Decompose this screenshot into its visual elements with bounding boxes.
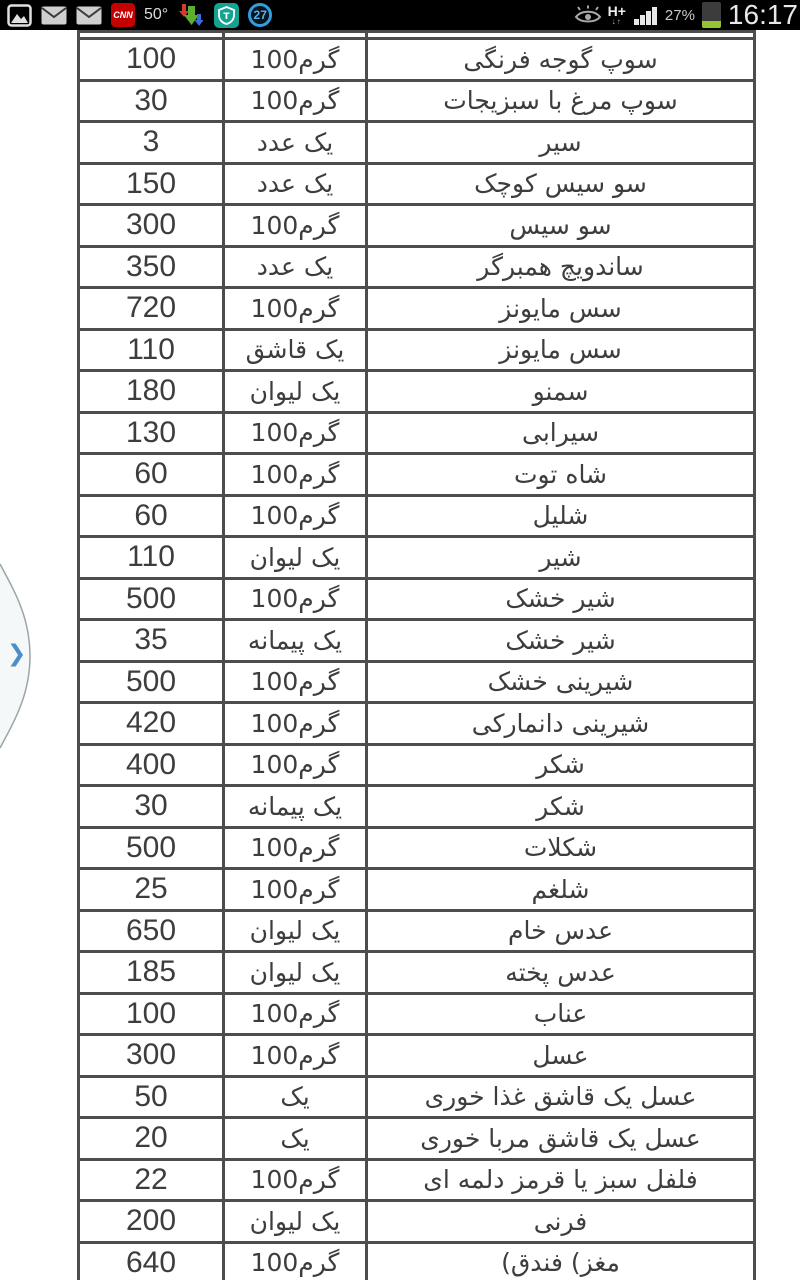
side-drawer-handle[interactable]: ❯ [0,560,36,752]
food-name: شیرینی دانمارکی [367,703,755,745]
clock-text: 16:17 [726,0,798,31]
food-name: شیرینی خشک [367,661,755,703]
table-row: 200 یک لیوان فرنی [79,1201,755,1243]
network-activity-arrows-icon: ↓↑ [612,18,622,26]
table-row: 130 گرم100 سیرابی [79,412,755,454]
unit-value: یک عدد [224,122,367,164]
food-name: سو سیس [367,205,755,247]
food-name: عدس خام [367,910,755,952]
calorie-value: 200 [79,1201,224,1243]
calorie-value: 300 [79,1035,224,1077]
calorie-value: 400 [79,744,224,786]
unit-value: یک [224,1118,367,1160]
calorie-value: 300 [79,205,224,247]
table-row: 3 یک عدد سیر [79,122,755,164]
food-name: سیر [367,122,755,164]
food-name [367,32,755,39]
status-bar[interactable]: CNN 50° T 27 H+ ↓↑ [0,0,800,30]
cnn-icon: CNN [111,3,135,27]
table-row: 640 گرم100 مغز) فندق) [79,1242,755,1280]
unit-value: گرم100 [224,454,367,496]
unit-value: گرم100 [224,205,367,247]
food-name: فلفل سبز یا قرمز دلمه ای [367,1159,755,1201]
table-row: 650 یک لیوان عدس خام [79,910,755,952]
food-name: سیرابی [367,412,755,454]
food-name: سوپ مرغ با سبزیجات [367,80,755,122]
unit-value: گرم100 [224,869,367,911]
table-row: 150 یک عدد سو سیس کوچک [79,163,755,205]
unit-value: یک لیوان [224,371,367,413]
calorie-value: 185 [79,952,224,994]
calorie-value [79,32,224,39]
security-shield-icon: T [214,3,239,28]
table-row: 110 یک لیوان شیر [79,537,755,579]
unit-value: یک لیوان [224,952,367,994]
table-row: 300 گرم100 عسل [79,1035,755,1077]
calorie-value: 110 [79,329,224,371]
calorie-value: 130 [79,412,224,454]
unit-value: یک پیمانه [224,786,367,828]
status-bar-system: H+ ↓↑ 27% 16:17 [573,0,800,30]
table-row: 60 گرم100 شلیل [79,495,755,537]
calorie-value: 500 [79,827,224,869]
unit-value: یک عدد [224,163,367,205]
unit-value: یک لیوان [224,910,367,952]
table-row: 22 گرم100 فلفل سبز یا قرمز دلمه ای [79,1159,755,1201]
unit-value: گرم100 [224,578,367,620]
table-row: 180 یک لیوان سمنو [79,371,755,413]
table-row: 30 یک پیمانه شکر [79,786,755,828]
status-bar-notifications: CNN 50° T 27 [0,0,272,30]
download-arrows-icon [177,2,205,28]
table-row: 30 گرم100 سوپ مرغ با سبزیجات [79,80,755,122]
food-name: سس مایونز [367,329,755,371]
notification-count-icon: 27 [248,3,272,27]
food-name: عسل یک قاشق غذا خوری [367,1076,755,1118]
unit-value: یک لیوان [224,537,367,579]
food-name: شیر [367,537,755,579]
unit-value: گرم100 [224,703,367,745]
battery-percent-text: 27% [665,7,695,24]
calorie-value: 720 [79,288,224,330]
food-name: سو سیس کوچک [367,163,755,205]
unit-value: گرم100 [224,1159,367,1201]
calorie-value: 150 [79,163,224,205]
unit-value [224,32,367,39]
table-row: 20 یک عسل یک قاشق مربا خوری [79,1118,755,1160]
calorie-table-body: 100 گرم100 سوپ گوجه فرنگی 30 گرم100 سوپ … [79,32,755,1280]
food-name: سس مایونز [367,288,755,330]
calorie-value: 650 [79,910,224,952]
table-row: 420 گرم100 شیرینی دانمارکی [79,703,755,745]
email-icon [41,6,67,25]
calorie-value: 640 [79,1242,224,1280]
calorie-value: 100 [79,39,224,81]
calorie-value: 22 [79,1159,224,1201]
unit-value: گرم100 [224,412,367,454]
unit-value: گرم100 [224,1035,367,1077]
calorie-value: 30 [79,80,224,122]
food-name: شیر خشک [367,578,755,620]
calorie-value: 3 [79,122,224,164]
food-name: سمنو [367,371,755,413]
food-name: عناب [367,993,755,1035]
shield-letter: T [224,12,231,22]
calorie-value: 500 [79,661,224,703]
temperature-text: 50° [144,6,168,24]
unit-value: گرم100 [224,288,367,330]
chevron-right-icon: ❯ [7,641,26,667]
calorie-value: 25 [79,869,224,911]
table-row: 350 یک عدد ساندویچ همبرگر [79,246,755,288]
network-type-text: H+ [608,4,626,18]
calorie-value: 60 [79,454,224,496]
table-row: 400 گرم100 شکر [79,744,755,786]
food-name: مغز) فندق) [367,1242,755,1280]
calorie-value: 350 [79,246,224,288]
table-row: 500 گرم100 شیر خشک [79,578,755,620]
unit-value: گرم100 [224,661,367,703]
table-row: 60 گرم100 شاه توت [79,454,755,496]
calorie-value: 20 [79,1118,224,1160]
table-row: 110 یک قاشق سس مایونز [79,329,755,371]
calorie-value: 180 [79,371,224,413]
network-indicator: H+ ↓↑ [608,4,626,26]
unit-value: گرم100 [224,80,367,122]
table-row: 50 یک عسل یک قاشق غذا خوری [79,1076,755,1118]
unit-value: گرم100 [224,744,367,786]
table-row: 300 گرم100 سو سیس [79,205,755,247]
table-row: 500 گرم100 شکلات [79,827,755,869]
food-name: عسل [367,1035,755,1077]
table-row: 25 گرم100 شلغم [79,869,755,911]
unit-value: یک لیوان [224,1201,367,1243]
table-row-clipped [79,32,755,39]
food-name: ساندویچ همبرگر [367,246,755,288]
food-name: سوپ گوجه فرنگی [367,39,755,81]
gallery-icon [7,4,32,27]
calorie-value: 100 [79,993,224,1035]
unit-value: گرم100 [224,827,367,869]
table-row: 185 یک لیوان عدس پخته [79,952,755,994]
calorie-table: 100 گرم100 سوپ گوجه فرنگی 30 گرم100 سوپ … [77,30,756,1280]
unit-value: گرم100 [224,993,367,1035]
food-name: شلغم [367,869,755,911]
unit-value: یک عدد [224,246,367,288]
android-screen: { "status_bar": { "temperature": "50°", … [0,0,800,1280]
food-name: شکر [367,786,755,828]
calorie-value: 30 [79,786,224,828]
smart-stay-eye-icon [573,5,603,25]
table-row: 100 گرم100 عناب [79,993,755,1035]
email-icon [76,6,102,25]
unit-value: گرم100 [224,1242,367,1280]
battery-icon [702,2,721,28]
food-name: شاه توت [367,454,755,496]
food-name: فرنی [367,1201,755,1243]
food-name: شکر [367,744,755,786]
unit-value: یک قاشق [224,329,367,371]
food-name: شیر خشک [367,620,755,662]
calorie-value: 60 [79,495,224,537]
table-row: 100 گرم100 سوپ گوجه فرنگی [79,39,755,81]
food-name: عدس پخته [367,952,755,994]
food-name: شلیل [367,495,755,537]
calorie-value: 500 [79,578,224,620]
calorie-value: 35 [79,620,224,662]
calorie-value: 110 [79,537,224,579]
table-row: 35 یک پیمانه شیر خشک [79,620,755,662]
signal-strength-icon [633,5,660,26]
unit-value: یک [224,1076,367,1118]
food-name: عسل یک قاشق مربا خوری [367,1118,755,1160]
table-row: 720 گرم100 سس مایونز [79,288,755,330]
calorie-value: 420 [79,703,224,745]
unit-value: گرم100 [224,495,367,537]
table-row: 500 گرم100 شیرینی خشک [79,661,755,703]
food-name: شکلات [367,827,755,869]
unit-value: گرم100 [224,39,367,81]
calorie-value: 50 [79,1076,224,1118]
unit-value: یک پیمانه [224,620,367,662]
